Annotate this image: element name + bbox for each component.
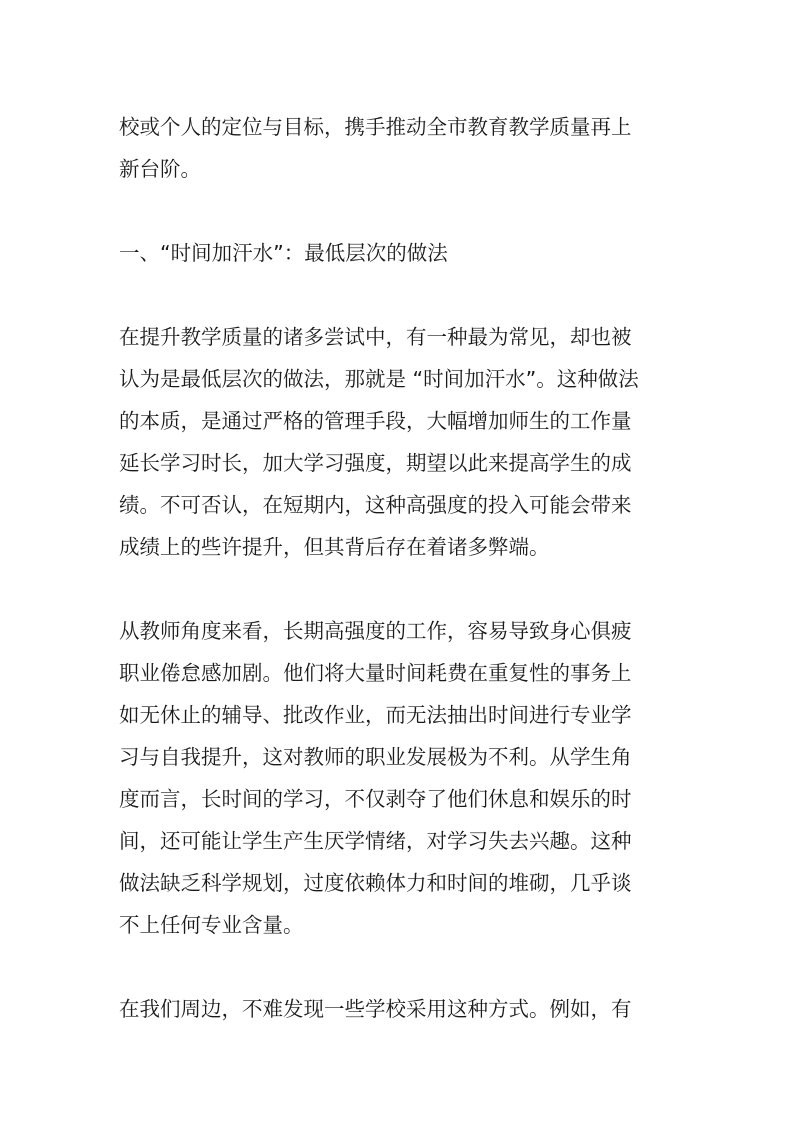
text-line: 间，还可能让学生产生厌学情绪，对学习失去兴趣。这种 bbox=[119, 820, 679, 862]
text-line: 在提升教学质量的诸多尝试中，有一种最为常见，却也被 bbox=[119, 316, 679, 358]
paragraph-time-and-sweat: 在提升教学质量的诸多尝试中，有一种最为常见，却也被 认为是最低层次的做法，那就是… bbox=[119, 316, 679, 568]
text-line: 认为是最低层次的做法，那就是 “时间加汗水”。这种做法 bbox=[119, 358, 679, 400]
paragraph-spacer bbox=[119, 568, 679, 610]
text-line: 成绩上的些许提升，但其背后存在着诸多弊端。 bbox=[119, 526, 679, 568]
text-line: 度而言，长时间的学习，不仅剥夺了他们休息和娱乐的时 bbox=[119, 778, 679, 820]
document-page: 校或个人的定位与目标，携手推动全市教育教学质量再上 新台阶。 一、“时间加汗水”… bbox=[119, 106, 679, 1030]
text-line: 不上任何专业含量。 bbox=[119, 904, 679, 946]
paragraph-intro-continuation: 校或个人的定位与目标，携手推动全市教育教学质量再上 新台阶。 bbox=[119, 106, 679, 190]
paragraph-spacer bbox=[119, 946, 679, 988]
paragraph-spacer bbox=[119, 190, 679, 232]
text-line: 校或个人的定位与目标，携手推动全市教育教学质量再上 bbox=[119, 106, 679, 148]
paragraph-teacher-student-impact: 从教师角度来看，长期高强度的工作，容易导致身心俱疲 职业倦怠感加剧。他们将大量时… bbox=[119, 610, 679, 946]
heading-text: 一、“时间加汗水”：最低层次的做法 bbox=[119, 232, 679, 274]
text-line: 习与自我提升，这对教师的职业发展极为不利。从学生角 bbox=[119, 736, 679, 778]
text-line: 绩。不可否认，在短期内，这种高强度的投入可能会带来 bbox=[119, 484, 679, 526]
text-line: 职业倦怠感加剧。他们将大量时间耗费在重复性的事务上 bbox=[119, 652, 679, 694]
text-line: 在我们周边，不难发现一些学校采用这种方式。例如，有 bbox=[119, 988, 679, 1030]
text-line: 延长学习时长，加大学习强度，期望以此来提高学生的成 bbox=[119, 442, 679, 484]
text-line: 从教师角度来看，长期高强度的工作，容易导致身心俱疲 bbox=[119, 610, 679, 652]
paragraph-spacer bbox=[119, 274, 679, 316]
section-heading: 一、“时间加汗水”：最低层次的做法 bbox=[119, 232, 679, 274]
text-line: 做法缺乏科学规划，过度依赖体力和时间的堆砌，几乎谈 bbox=[119, 862, 679, 904]
text-line: 的本质，是通过严格的管理手段，大幅增加师生的工作量 bbox=[119, 400, 679, 442]
paragraph-examples: 在我们周边，不难发现一些学校采用这种方式。例如，有 bbox=[119, 988, 679, 1030]
text-line: 新台阶。 bbox=[119, 148, 679, 190]
text-line: 如无休止的辅导、批改作业，而无法抽出时间进行专业学 bbox=[119, 694, 679, 736]
